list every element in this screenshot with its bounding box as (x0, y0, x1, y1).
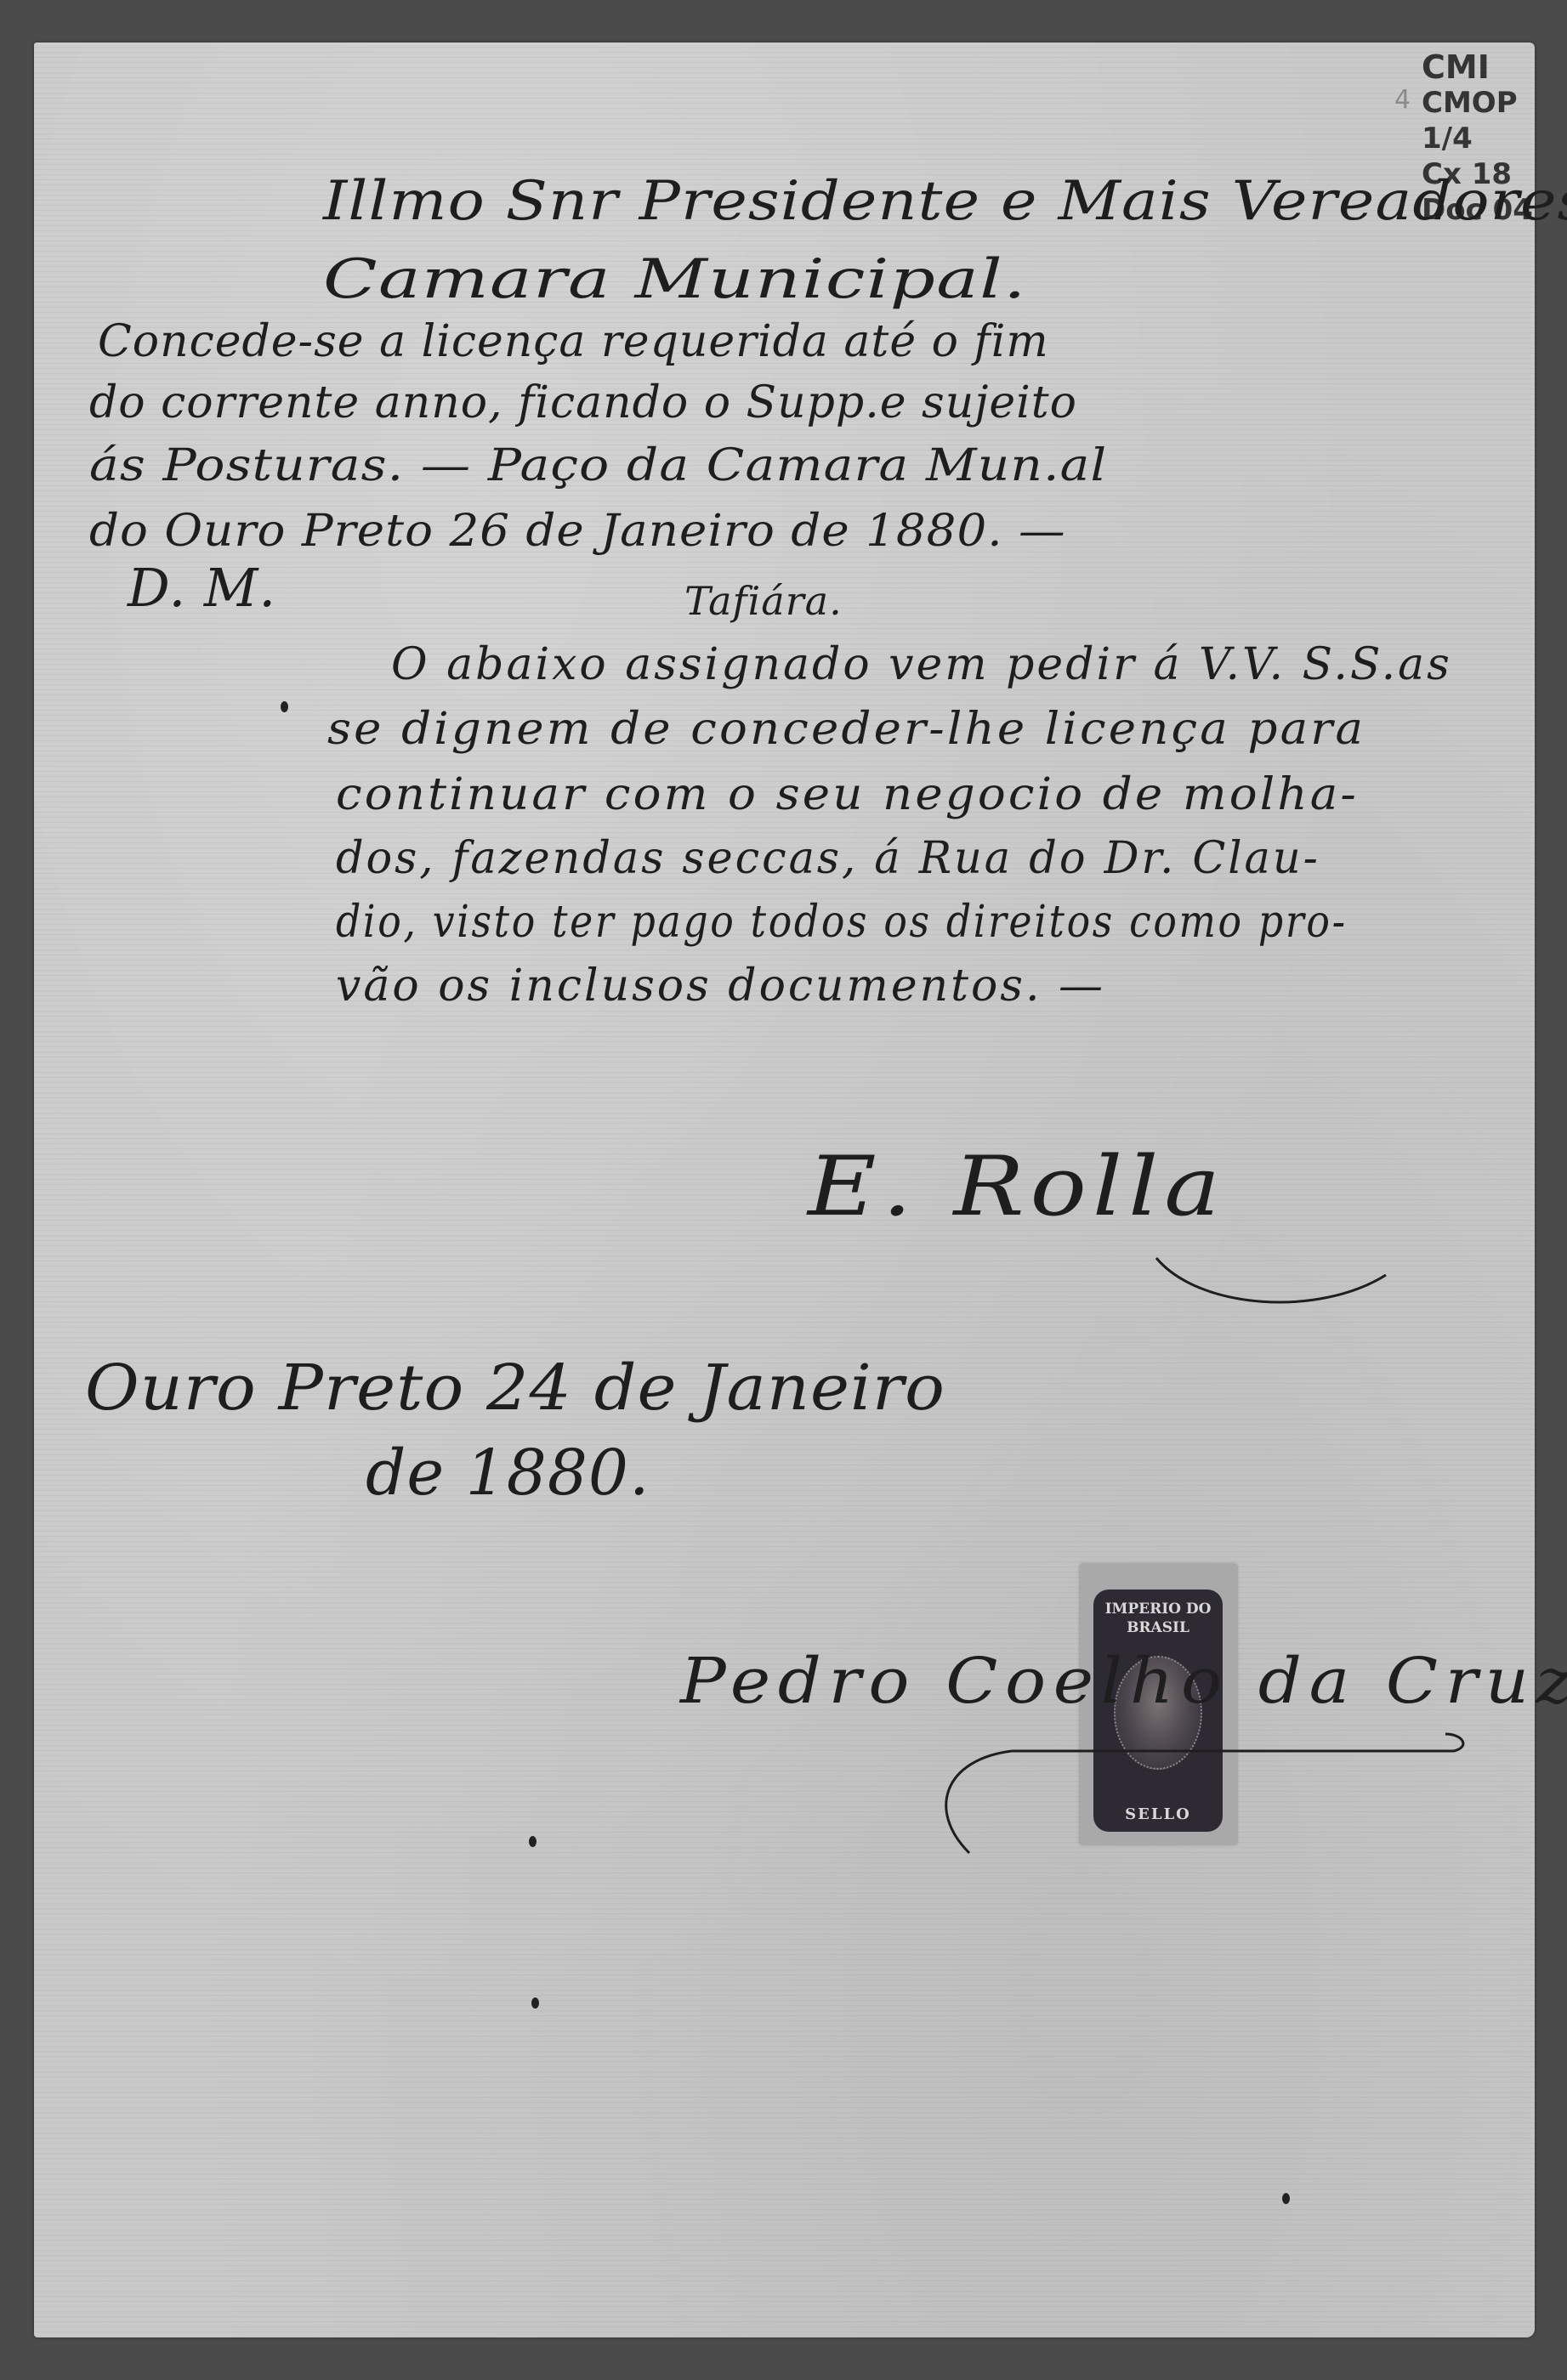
ink-spot (1282, 2193, 1290, 2204)
endorsement-signature: E. Rolla (808, 1139, 1226, 1234)
petition-line: dio, visto ter pago todos os direitos co… (336, 897, 1348, 948)
archive-note-line: CMI (1422, 49, 1541, 85)
signature-flourish (1148, 1224, 1403, 1317)
dispatch-line: do corrente anno, ficando o Supp.e sujei… (89, 377, 1077, 428)
place-date-line: Ouro Preto 24 de Janeiro (85, 1351, 945, 1425)
salutation-line: Illmo Snr Presidente e Mais Vereadores d… (323, 170, 1567, 233)
stamp-header-text: IMPERIO DO BRASIL (1093, 1600, 1223, 1637)
archive-note-line: CMOP 1/4 (1422, 85, 1541, 156)
petition-line: continuar com o seu negocio de molha- (336, 769, 1359, 820)
ink-spot (281, 701, 288, 712)
dispatch-initials: D. M. (128, 557, 276, 619)
petitioner-signature: Pedro Coelho da Cruz Gomes (680, 1645, 1567, 1718)
dispatch-line: ás Posturas. — Paço da Camara Mun.al (89, 440, 1107, 491)
petition-line: vão os inclusos documentos. — (336, 960, 1105, 1011)
ink-spot (531, 1997, 539, 2009)
ink-spot (529, 1836, 537, 1847)
petition-line: dos, fazendas seccas, á Rua do Dr. Clau- (336, 833, 1320, 884)
dispatch-line: Concede-se a licença requerida até o fim (98, 316, 1049, 367)
signature-underline-flourish (910, 1725, 1471, 1870)
salutation-recipient: Camara Municipal. (323, 248, 1027, 311)
place-date-year: de 1880. (366, 1436, 650, 1510)
dispatch-date: do Ouro Preto 26 de Janeiro de 1880. — (89, 506, 1066, 557)
dispatch-signature: Tafiára. (684, 578, 843, 624)
petition-line: O abaixo assignado vem pedir á V.V. S.S.… (391, 639, 1452, 690)
pencil-note: 4 (1394, 85, 1411, 115)
petition-line: se dignem de conceder-lhe licença para (327, 704, 1365, 755)
